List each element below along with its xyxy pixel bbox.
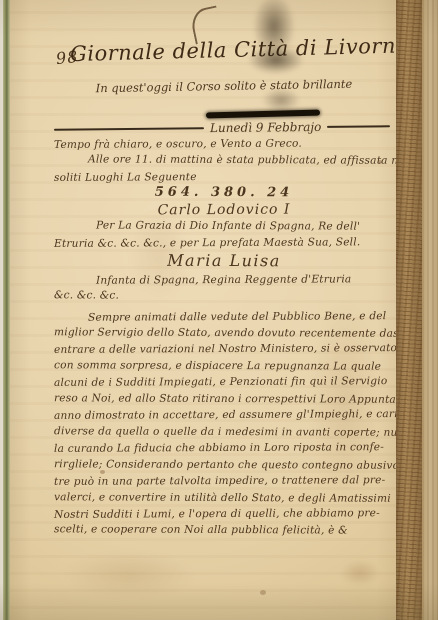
journal-subtitle: In quest'oggi il Corso solito è stato br…	[70, 76, 378, 95]
manuscript-line: valerci, e convertire in utilità dello S…	[54, 489, 394, 507]
book-fore-edge	[396, 0, 422, 620]
date-heading: Lunedì 9 Febbrajo	[204, 120, 327, 135]
manuscript-line: Maria Luisa	[54, 250, 394, 272]
manuscript-line: tre può in una parte talvolta impedire, …	[54, 472, 394, 490]
under-page-edge	[422, 0, 438, 620]
manuscript-page: 98 Giornale della Città di Livorno In qu…	[10, 0, 398, 620]
stain	[64, 552, 194, 598]
manuscript-line: reso a Noi, ed allo Stato ritirano i cor…	[54, 390, 394, 408]
manuscript-line: Etruria &c. &c. &c., e per La prefata Ma…	[54, 234, 394, 252]
manuscript-photo: 98 Giornale della Città di Livorno In qu…	[0, 0, 438, 620]
manuscript-line: Infanta di Spagna, Regina Reggente d'Etr…	[54, 271, 394, 289]
manuscript-line: Alle ore 11. di mattina è stata pubblica…	[54, 152, 394, 170]
manuscript-line: diverse da quella o quelle da i medesimi…	[54, 423, 394, 441]
manuscript-line: entrare a delle variazioni nel Nostro Mi…	[54, 341, 394, 359]
date-rule-left	[54, 127, 204, 131]
manuscript-line: rirgliele; Considerando pertanto che que…	[54, 456, 394, 474]
manuscript-line: &c. &c. &c.	[54, 287, 394, 305]
manuscript-line: 564. 380. 24	[54, 185, 394, 203]
journal-title: Giornale della Città di Livorno	[70, 34, 385, 66]
ink-strike-mark	[206, 110, 320, 119]
manuscript-line: anno dimostrato in accettare, ed assumer…	[54, 406, 394, 424]
manuscript-line: Carlo Lodovico I	[54, 201, 394, 219]
manuscript-line: alcuni de i Sudditi Impiegati, e Penzion…	[54, 373, 394, 391]
date-heading-row: Lunedì 9 Febbrajo	[54, 119, 390, 137]
stain	[340, 560, 380, 586]
manuscript-line: Sempre animati dalle vedute del Pubblico…	[54, 308, 394, 326]
date-rule-right	[327, 125, 390, 128]
manuscript-line: scelti, e cooperare con Noi alla pubblic…	[54, 522, 394, 540]
manuscript-line: Per La Grazia di Dio Infante di Spagna, …	[54, 218, 394, 236]
entry-body: Tempo frà chiaro, e oscuro, e Vento a Gr…	[54, 136, 394, 539]
foxing-fleck	[260, 590, 266, 595]
book-binding-edge	[3, 0, 10, 620]
manuscript-line: la curando La fiducia che abbiamo in Lor…	[54, 439, 394, 457]
